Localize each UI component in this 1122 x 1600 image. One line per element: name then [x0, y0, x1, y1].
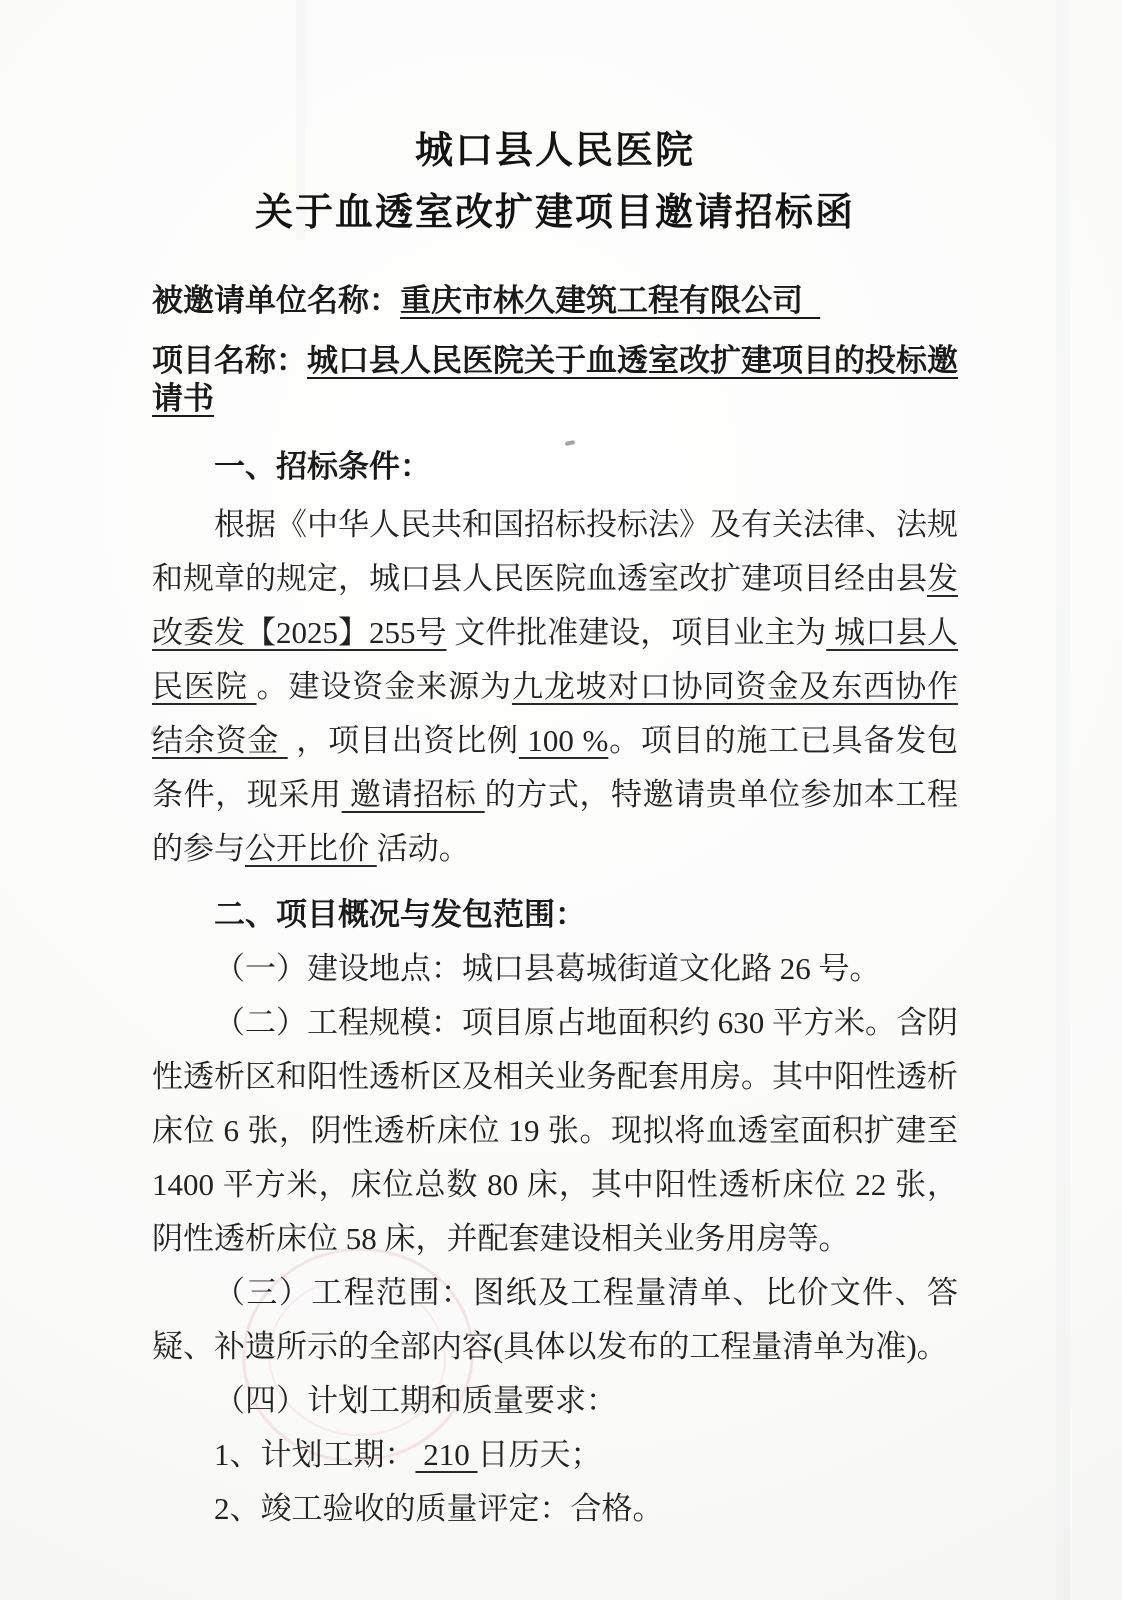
project-scale-item: （二）工程规模：项目原占地面积约 630 平方米。含阴性透析区和阳性透析区及相关… [152, 996, 958, 1266]
section-1-heading: 一、招标条件： [152, 440, 958, 494]
duration-days-underlined: 210 [416, 1437, 478, 1472]
quality-standard-item: 2、竣工验收的质量评定：合格。 [152, 1482, 958, 1536]
construction-site-item: （一）建设地点：城口县葛城街道文化路 26 号。 [152, 942, 958, 996]
duration-unit-text: 日历天； [478, 1437, 602, 1472]
document-title-subject: 关于血透室改扩建项目邀请招标函 [152, 190, 958, 236]
funding-ratio-underlined: 100 % [519, 723, 608, 758]
tender-method-underlined: 邀请招标 [342, 777, 485, 812]
project-name-label: 项目名称： [152, 343, 307, 378]
paragraph-text: ，项目出资比例 [288, 723, 519, 758]
scanned-document-page: 城口县人民医院 关于血透室改扩建项目邀请招标函 被邀请单位名称：重庆市林久建筑工… [0, 0, 1122, 1600]
paragraph-text: 根据《中华人民共和国招标投标法》及有关法律、法规和规章的规定，城口县人民医院血透… [152, 507, 958, 596]
project-name-line: 项目名称：城口县人民医院关于血透室改扩建项目的投标邀请书 [152, 342, 958, 418]
planned-duration-label: 1、计划工期： [214, 1437, 416, 1472]
document-title-org: 城口县人民医院 [152, 128, 958, 174]
invited-unit-label: 被邀请单位名称： [152, 283, 400, 318]
paragraph-text: 。建设资金来源为 [256, 669, 511, 704]
tender-conditions-paragraph: 根据《中华人民共和国招标投标法》及有关法律、法规和规章的规定，城口县人民医院血透… [152, 498, 958, 876]
section-2-heading: 二、项目概况与发包范围： [152, 888, 958, 942]
planned-duration-item: 1、计划工期： 210 日历天； [152, 1428, 958, 1482]
paragraph-text: 文件批准建设，项目业主为 [447, 615, 827, 650]
open-price-comparison-underlined: 公开比价 [245, 831, 377, 866]
document-title-block: 城口县人民医院 关于血透室改扩建项目邀请招标函 [152, 128, 958, 236]
invited-unit-line: 被邀请单位名称：重庆市林久建筑工程有限公司 [152, 282, 958, 320]
scan-streak [1056, 0, 1070, 1600]
document-content: 城口县人民医院 关于血透室改扩建项目邀请招标函 被邀请单位名称：重庆市林久建筑工… [152, 0, 958, 1536]
paragraph-text: 活动。 [377, 831, 470, 866]
work-scope-item: （三）工程范围：图纸及工程量清单、比价文件、答疑、补遗所示的全部内容(具体以发布… [152, 1266, 958, 1374]
invited-unit-value: 重庆市林久建筑工程有限公司 [400, 283, 820, 318]
schedule-quality-heading-item: （四）计划工期和质量要求： [152, 1374, 958, 1428]
